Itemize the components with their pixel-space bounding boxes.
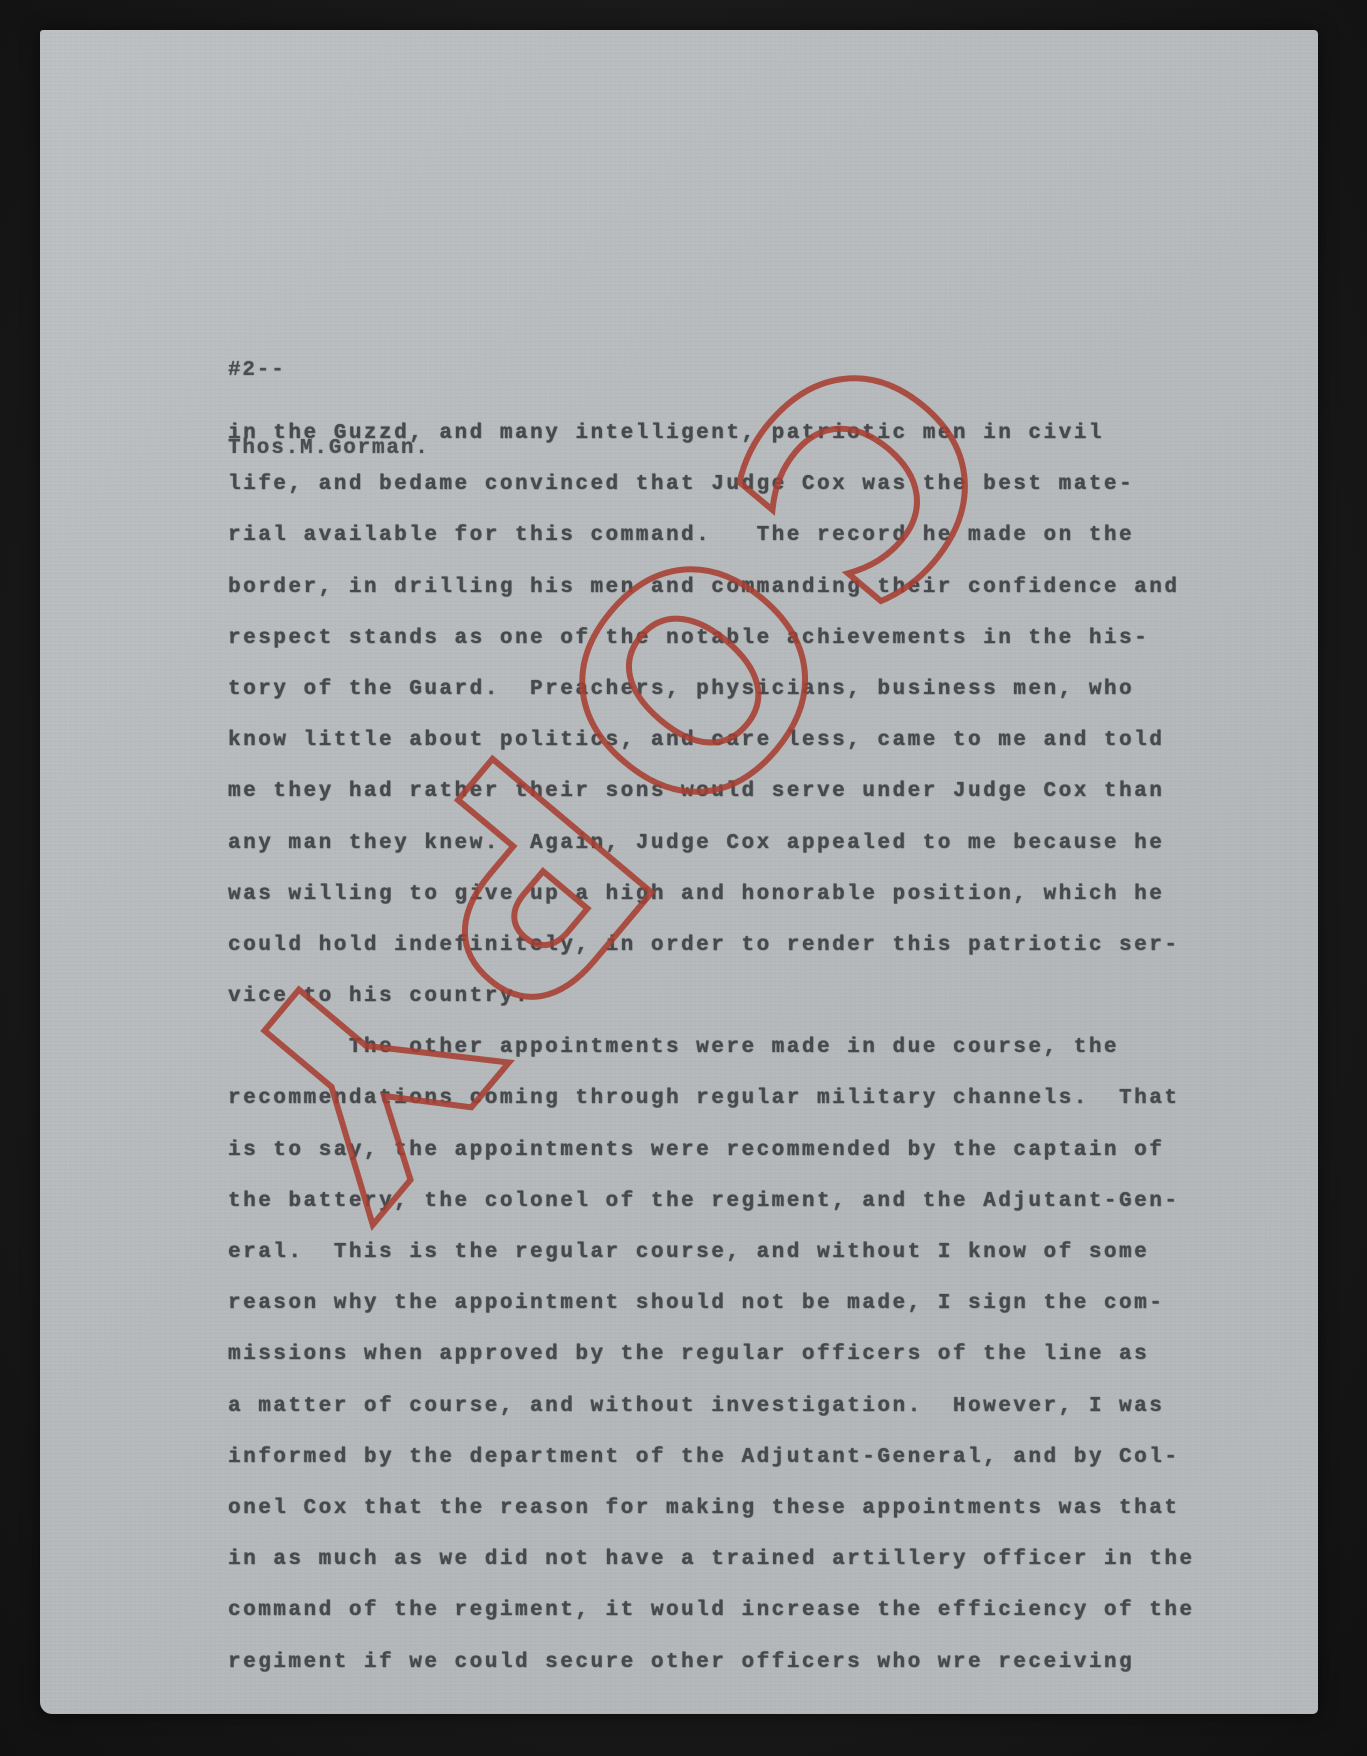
typed-line: could hold indefinitely, in order to ren… <box>228 920 1248 971</box>
scan-background: #2-- Thos.M.Gorman. in the Guzzd, and ma… <box>0 0 1367 1756</box>
typed-line: command of the regiment, it would increa… <box>228 1585 1248 1636</box>
typed-line: eral. This is the regular course, and wi… <box>228 1227 1248 1278</box>
typed-line: tory of the Guard. Preachers, physicians… <box>228 664 1248 715</box>
typed-line: missions when approved by the regular of… <box>228 1329 1248 1380</box>
typed-line: was willing to give up a high and honora… <box>228 869 1248 920</box>
typed-line: The other appointments were made in due … <box>228 1022 1248 1073</box>
typed-line: border, in drilling his men and commandi… <box>228 562 1248 613</box>
typed-line: any man they knew. Again, Judge Cox appe… <box>228 818 1248 869</box>
typed-line: onel Cox that the reason for making thes… <box>228 1483 1248 1534</box>
typed-line: life, and bedame convinced that Judge Co… <box>228 459 1248 510</box>
typed-line: recommendations coming through regular m… <box>228 1073 1248 1124</box>
document-page: #2-- Thos.M.Gorman. in the Guzzd, and ma… <box>40 30 1318 1714</box>
typed-line: regiment if we could secure other office… <box>228 1637 1248 1688</box>
typed-line: reason why the appointment should not be… <box>228 1278 1248 1329</box>
typed-line: the battery, the colonel of the regiment… <box>228 1176 1248 1227</box>
typed-line: vice to his country. <box>228 971 1248 1022</box>
typed-line: is to say, the appointments were recomme… <box>228 1125 1248 1176</box>
typed-line: in as much as we did not have a trained … <box>228 1534 1248 1585</box>
header-line-number: #2-- <box>228 358 430 384</box>
typed-line: respect stands as one of the notable ach… <box>228 613 1248 664</box>
typed-line: in the Guzzd, and many intelligent, patr… <box>228 408 1248 459</box>
typed-line: me they had rather their sons would serv… <box>228 766 1248 817</box>
typed-line: know little about politics, and care les… <box>228 715 1248 766</box>
typed-line: a matter of course, and without investig… <box>228 1381 1248 1432</box>
letter-body: in the Guzzd, and many intelligent, patr… <box>228 408 1248 1688</box>
typed-line: rial available for this command. The rec… <box>228 510 1248 561</box>
typed-line: informed by the department of the Adjuta… <box>228 1432 1248 1483</box>
